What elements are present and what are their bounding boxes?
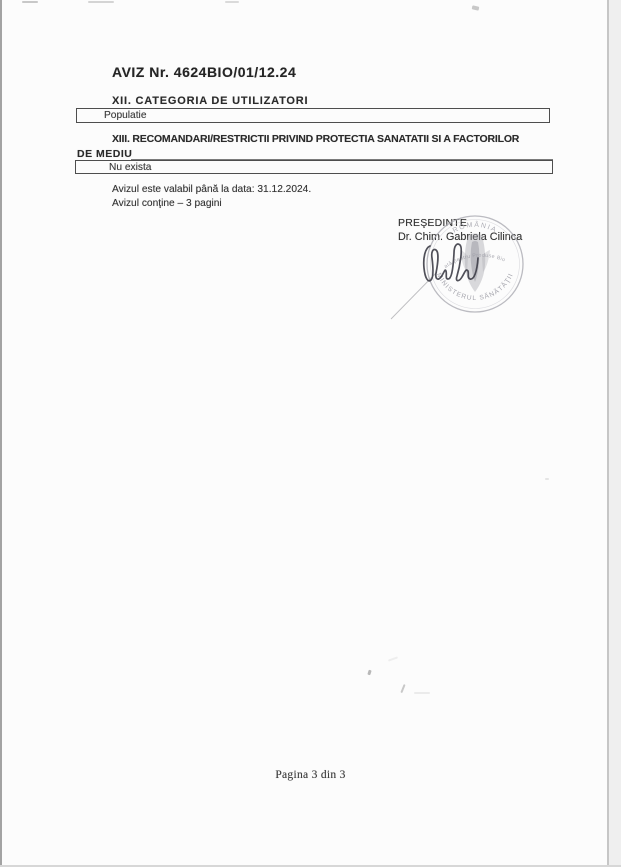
scanner-background-right bbox=[609, 0, 621, 867]
section-12-heading: XII. CATEGORIA DE UTILIZATORI bbox=[112, 95, 308, 107]
validity-line: Avizul este valabil până la data: 31.12.… bbox=[112, 184, 311, 195]
scan-speck bbox=[88, 1, 114, 3]
scan-speck bbox=[414, 692, 430, 694]
scan-speck bbox=[22, 1, 38, 3]
scanned-document-page: AVIZ Nr. 4624BIO/01/12.24 XII. CATEGORIA… bbox=[0, 0, 621, 867]
scan-speck bbox=[472, 5, 480, 10]
document-title: AVIZ Nr. 4624BIO/01/12.24 bbox=[112, 64, 296, 80]
scan-speck bbox=[400, 684, 405, 693]
section-13-heading-line1: XIII. RECOMANDARI/RESTRICTII PRIVIND PRO… bbox=[112, 133, 519, 145]
scan-speck bbox=[388, 656, 398, 661]
scan-speck bbox=[545, 478, 549, 480]
scan-speck bbox=[225, 1, 239, 3]
page-number-footer: Pagina 3 din 3 bbox=[0, 769, 621, 781]
section-13-value: Nu exista bbox=[109, 162, 151, 173]
page-right-edge bbox=[607, 0, 609, 867]
section-12-value-box: Populatie bbox=[76, 108, 550, 123]
section-13-value-box: Nu exista bbox=[75, 160, 553, 174]
section-13-heading-line2: DE MEDIU bbox=[77, 148, 132, 160]
pages-count-line: Avizul conţine – 3 pagini bbox=[112, 198, 222, 209]
section-12-value: Populatie bbox=[104, 110, 146, 121]
page-left-edge bbox=[0, 0, 2, 867]
handwritten-signature bbox=[383, 228, 495, 328]
scan-speck bbox=[367, 670, 371, 676]
